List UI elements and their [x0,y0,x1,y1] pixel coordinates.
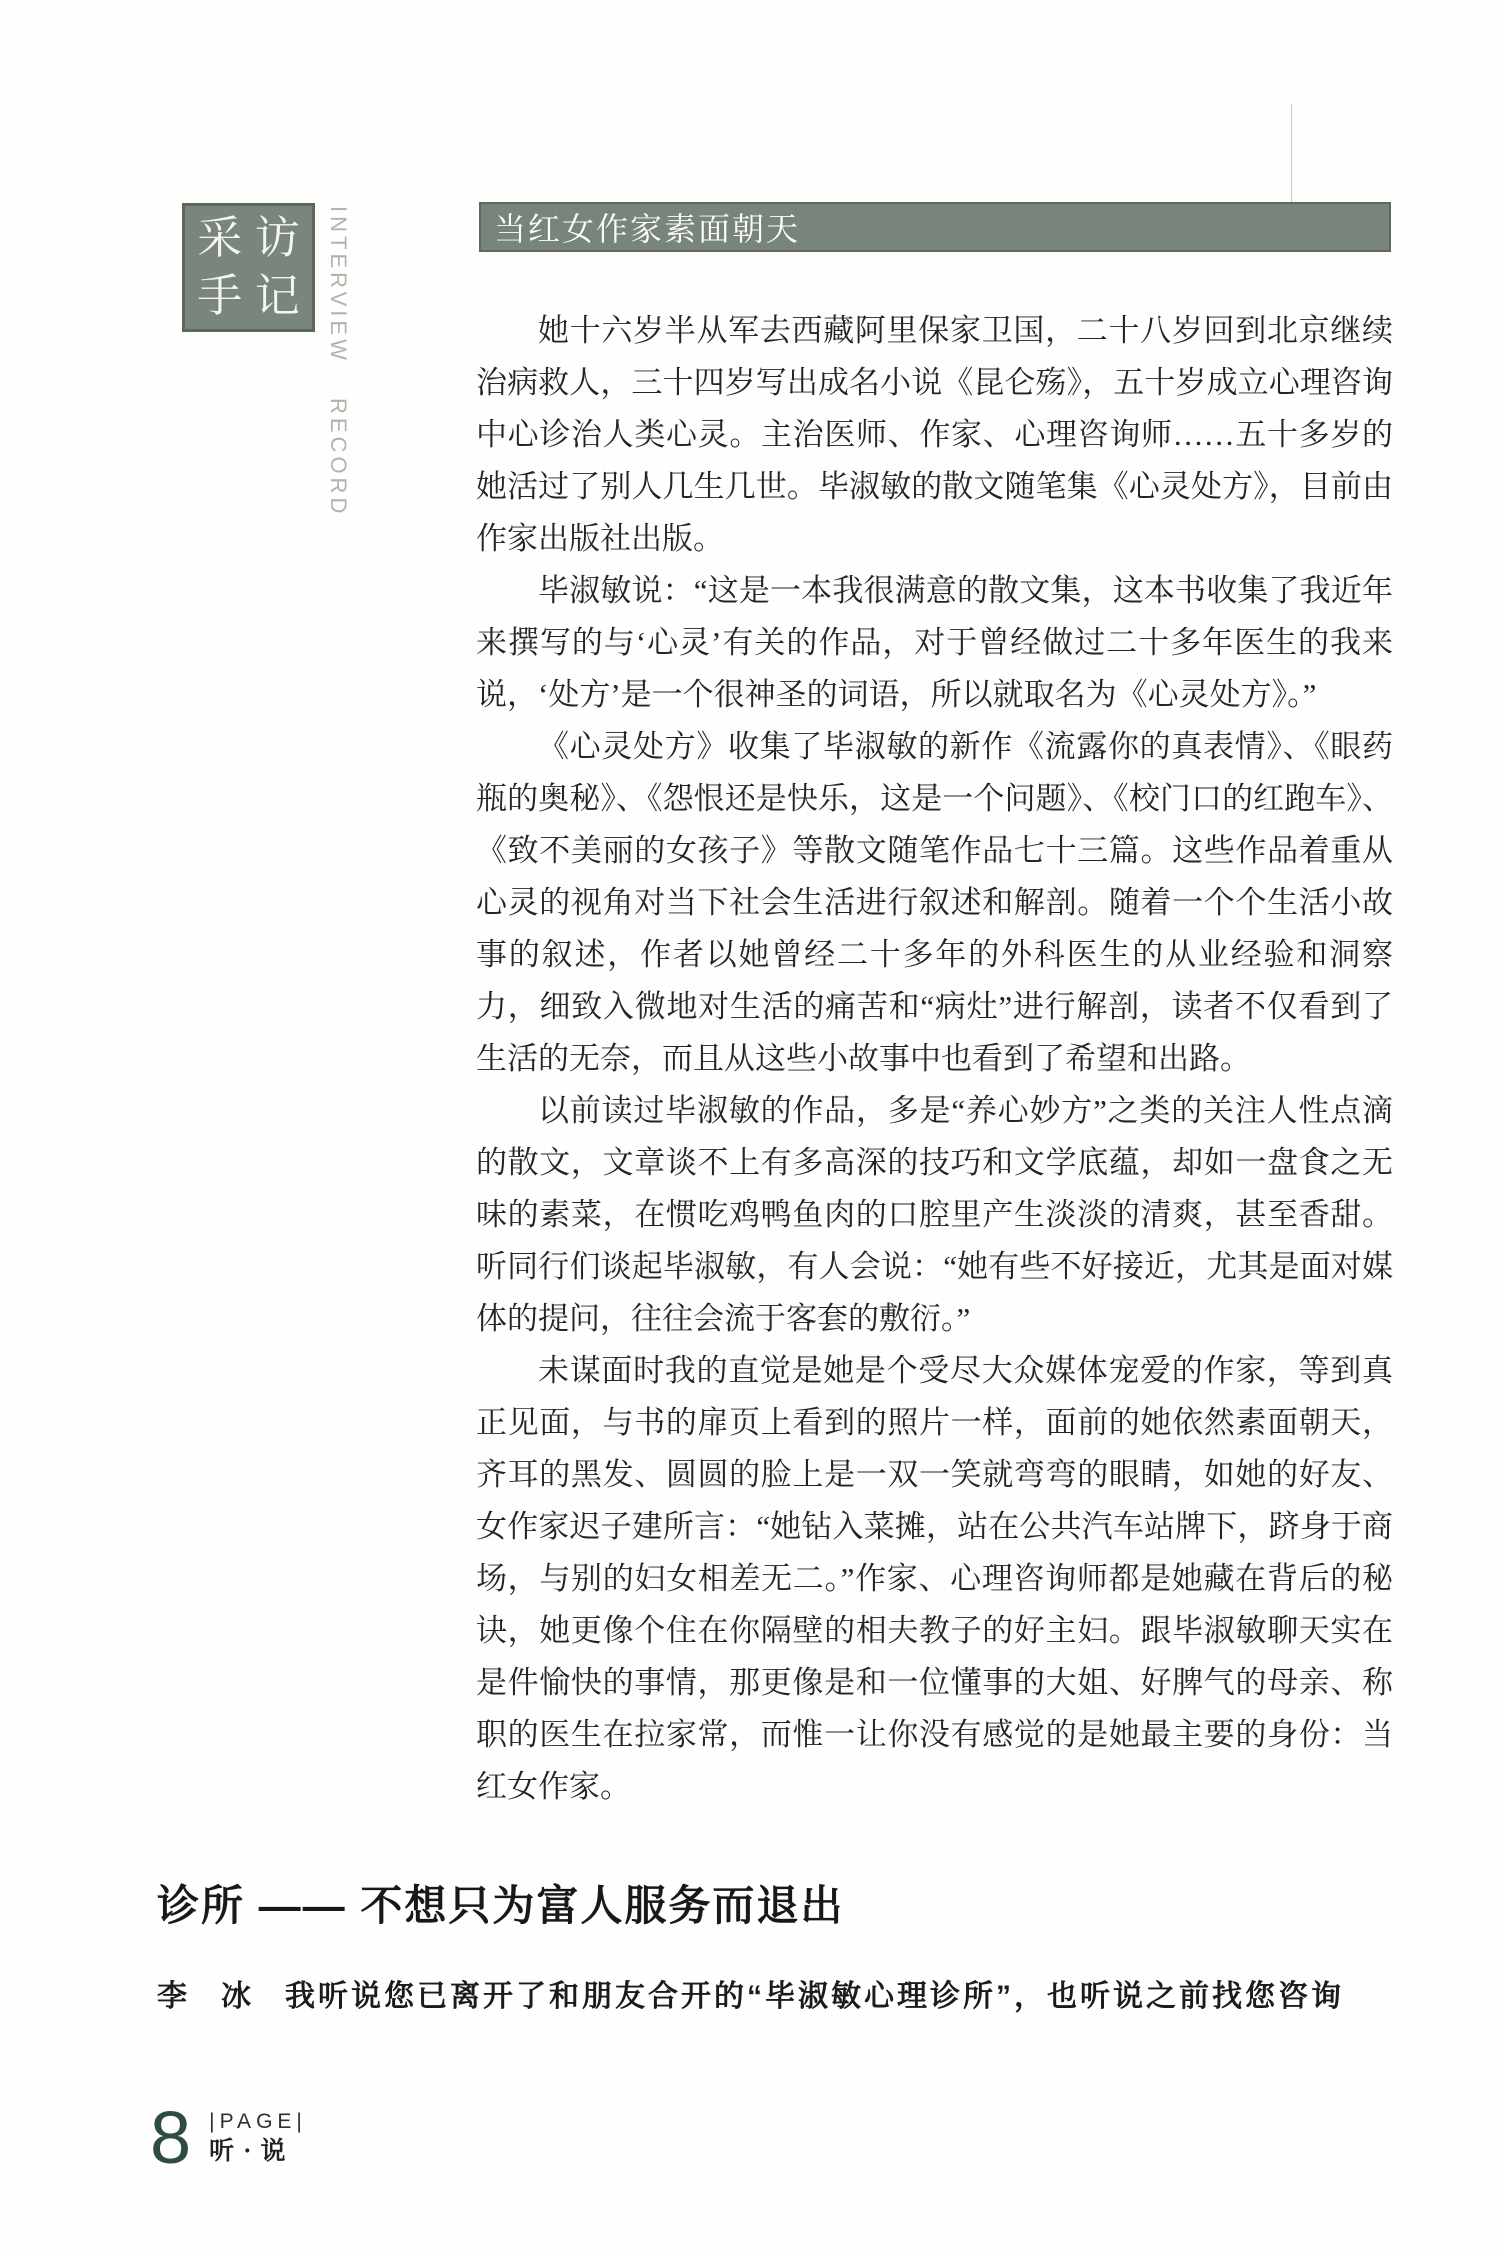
article-title-bar: 当红女作家素面朝天 [479,202,1391,252]
interview-question-line: 李 冰我听说您已离开了和朋友合开的“毕淑敏心理诊所”，也听说之前找您咨询 [157,1974,1452,2020]
page-number: 8 [150,2103,191,2173]
logo-char-cai: 采 [197,216,242,261]
scan-artifact-line [1291,104,1292,202]
article-body: 她十六岁半从军去西藏阿里保家卫国，二十八岁回到北京继续治病救人，三十四岁写出成名… [476,305,1393,1813]
column-logo-english: INTERVIEWRECORD [327,206,349,517]
interview-question: 我听说您已离开了和朋友合开的“毕淑敏心理诊所”，也听说之前找您咨询 [285,1980,1344,2013]
column-logo: 采 访 手 记 [182,203,315,332]
article-title: 当红女作家素面朝天 [494,204,800,250]
section-heading: 诊所 —— 不想只为富人服务而退出 [157,1880,844,1932]
paragraph-book: 《心灵处方》收集了毕淑敏的新作《流露你的真表情》、《眼药瓶的奥秘》、《怨恨还是快… [476,721,1393,1085]
logo-english-interview: INTERVIEW [326,206,351,364]
paragraph-meeting: 未谋面时我的直觉是她是个受尽大众媒体宠爱的作家，等到真正见面，与书的扉页上看到的… [476,1345,1393,1813]
magazine-name: 听·说 [209,2136,307,2168]
page-label: |PAGE| [209,2108,307,2136]
logo-char-shou: 手 [197,274,242,319]
paragraph-impression: 以前读过毕淑敏的作品，多是“养心妙方”之类的关注人性点滴的散文，文章谈不上有多高… [476,1085,1393,1345]
paragraph-quote: 毕淑敏说：“这是一本我很满意的散文集，这本书收集了我近年来撰写的与‘心灵’有关的… [476,565,1393,721]
logo-english-record: RECORD [326,398,351,517]
logo-char-fang: 访 [255,216,300,261]
page-footer: 8 |PAGE| 听·说 [150,2103,307,2173]
paragraph-intro: 她十六岁半从军去西藏阿里保家卫国，二十八岁回到北京继续治病救人，三十四岁写出成名… [476,305,1393,565]
logo-char-ji: 记 [255,274,300,319]
interviewer-name: 李 冰 [157,1980,253,2013]
magazine-page: 采 访 手 记 INTERVIEWRECORD 当红女作家素面朝天 她十六岁半从… [0,0,1500,2252]
footer-labels: |PAGE| 听·说 [209,2108,307,2168]
